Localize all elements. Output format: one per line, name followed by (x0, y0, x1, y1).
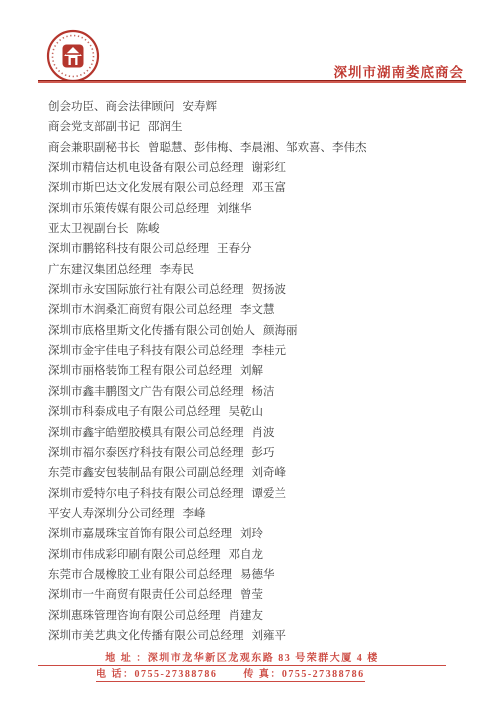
member-position: 深圳市爱特尔电子科技有限公司总经理 (48, 488, 244, 500)
member-name: 谢彩红 (252, 162, 287, 174)
member-name: 肖波 (252, 427, 275, 439)
member-name: 吴乾山 (229, 406, 264, 418)
member-position: 深圳市木润桑汇商贸有限公司总经理 (48, 304, 232, 316)
member-line: 深圳市精信达机电设备有限公司总经理谢彩红 (48, 158, 470, 178)
member-position: 深圳市鹏铭科技有限公司总经理 (48, 243, 209, 255)
member-position: 深圳市美艺典文化传播有限公司总经理 (48, 630, 244, 642)
member-position: 深圳市精信达机电设备有限公司总经理 (48, 162, 244, 174)
member-line: 东莞市鑫安包装制品有限公司副总经理刘奇峰 (48, 463, 470, 483)
member-name: 李峰 (183, 508, 206, 520)
header-divider (38, 80, 466, 83)
member-position: 深圳市鑫丰鹏图文广告有限公司总经理 (48, 386, 244, 398)
member-name: 肖建友 (229, 610, 264, 622)
member-list: 创会功臣、商会法律顾问安寿辉 商会党支部副书记邵润生 商会兼职副秘书长曾聪慧、彭… (48, 97, 470, 646)
fax-group: 传 真：0755-27388786 (243, 669, 364, 680)
member-position: 深圳市嘉晟珠宝首饰有限公司总经理 (48, 528, 232, 540)
member-name: 易德华 (240, 569, 275, 581)
fax-value: 0755-27388786 (282, 669, 365, 680)
member-position: 深圳市斯巴达文化发展有限公司总经理 (48, 182, 244, 194)
member-line: 商会兼职副秘书长曾聪慧、彭伟梅、李晨湘、邹欢喜、李伟杰 (48, 138, 470, 158)
member-line: 深圳市科泰成电子有限公司总经理吴乾山 (48, 402, 470, 422)
member-line: 深圳市伟成彩印刷有限公司总经理邓自龙 (48, 545, 470, 565)
member-position: 深圳市永安国际旅行社有限公司总经理 (48, 284, 244, 296)
member-position: 商会党支部副书记 (48, 121, 140, 133)
member-position: 深圳市鑫宇皓塑胶模具有限公司总经理 (48, 427, 244, 439)
member-name: 曾莹 (240, 589, 263, 601)
member-line: 深圳市福尔泰医疗科技有限公司总经理彭巧 (48, 443, 470, 463)
member-line: 东莞市合晟橡胶工业有限公司总经理易德华 (48, 565, 470, 585)
member-name: 安寿辉 (183, 101, 218, 113)
member-line: 深圳惠珠管理咨询有限公司总经理肖建友 (48, 606, 470, 626)
member-position: 深圳市金宇佳电子科技有限公司总经理 (48, 345, 244, 357)
member-position: 广东建汉集团总经理 (48, 264, 152, 276)
member-name: 邵润生 (148, 121, 183, 133)
member-line: 深圳市斯巴达文化发展有限公司总经理邓玉富 (48, 178, 470, 198)
member-position: 深圳市福尔泰医疗科技有限公司总经理 (48, 447, 244, 459)
member-line: 平安人寿深圳分公司经理李峰 (48, 504, 470, 524)
member-line: 深圳市鹏铭科技有限公司总经理王春分 (48, 239, 470, 259)
member-name: 曾聪慧、彭伟梅、李晨湘、邹欢喜、李伟杰 (148, 142, 367, 154)
member-name: 李桂元 (252, 345, 287, 357)
org-name: 深圳市湖南娄底商会 (334, 61, 465, 81)
phone-label: 电 话： (96, 669, 135, 680)
fax-label: 传 真： (243, 669, 282, 680)
member-name: 颜海丽 (263, 325, 298, 337)
member-line: 创会功臣、商会法律顾问安寿辉 (48, 97, 470, 117)
member-line: 深圳市鑫丰鹏图文广告有限公司总经理杨洁 (48, 382, 470, 402)
member-position: 东莞市鑫安包装制品有限公司副总经理 (48, 467, 244, 479)
phone-value: 0755-27388786 (135, 669, 218, 680)
member-position: 深圳市丽格装饰工程有限公司总经理 (48, 365, 232, 377)
member-name: 陈峻 (137, 223, 160, 235)
member-line: 深圳市底格里斯文化传播有限公司创始人颜海丽 (48, 321, 470, 341)
member-name: 邓玉富 (252, 182, 287, 194)
member-line: 深圳市永安国际旅行社有限公司总经理贺扬波 (48, 280, 470, 300)
member-name: 李寿民 (160, 264, 195, 276)
chamber-seal-logo (46, 29, 100, 83)
footer-address-line: 地 址 ：深圳市龙华新区龙观东路 83 号荣群大厦 4 楼 (38, 649, 446, 666)
member-name: 王春分 (217, 243, 252, 255)
member-name: 刘继华 (217, 203, 252, 215)
member-line: 深圳市美艺典文化传播有限公司总经理刘雍平 (48, 626, 470, 646)
member-position: 深圳市科泰成电子有限公司总经理 (48, 406, 221, 418)
address-value: 深圳市龙华新区龙观东路 83 号荣群大厦 4 楼 (148, 653, 379, 664)
member-line: 深圳市鑫宇皓塑胶模具有限公司总经理肖波 (48, 423, 470, 443)
member-position: 深圳市伟成彩印刷有限公司总经理 (48, 549, 221, 561)
member-line: 广东建汉集团总经理李寿民 (48, 260, 470, 280)
member-line: 深圳市乐策传媒有限公司总经理刘继华 (48, 199, 470, 219)
member-position: 东莞市合晟橡胶工业有限公司总经理 (48, 569, 232, 581)
member-line: 深圳市一牛商贸有限责任公司总经理曾莹 (48, 585, 470, 605)
address-label: 地 址 ： (105, 653, 148, 664)
member-name: 刘奇峰 (252, 467, 287, 479)
member-name: 杨洁 (252, 386, 275, 398)
member-position: 商会兼职副秘书长 (48, 142, 140, 154)
member-line: 深圳市丽格装饰工程有限公司总经理刘解 (48, 361, 470, 381)
member-name: 刘玲 (240, 528, 263, 540)
member-name: 邓自龙 (229, 549, 264, 561)
phone-group: 电 话：0755-27388786 (96, 669, 217, 680)
seal-emblem-icon (46, 29, 100, 83)
letterhead-page: 深圳市湖南娄底商会 创会功臣、商会法律顾问安寿辉 商会党支部副书记邵润生 商会兼… (0, 0, 500, 706)
member-line: 深圳市金宇佳电子科技有限公司总经理李桂元 (48, 341, 470, 361)
member-name: 贺扬波 (252, 284, 287, 296)
member-position: 平安人寿深圳分公司经理 (48, 508, 175, 520)
member-name: 彭巧 (252, 447, 275, 459)
member-line: 商会党支部副书记邵润生 (48, 117, 470, 137)
member-line: 深圳市木润桑汇商贸有限公司总经理李文慧 (48, 300, 470, 320)
member-line: 亚太卫视副台长陈峻 (48, 219, 470, 239)
member-position: 创会功臣、商会法律顾问 (48, 101, 175, 113)
member-line: 深圳市嘉晟珠宝首饰有限公司总经理刘玲 (48, 524, 470, 544)
member-name: 刘解 (240, 365, 263, 377)
member-position: 亚太卫视副台长 (48, 223, 129, 235)
member-position: 深圳市乐策传媒有限公司总经理 (48, 203, 209, 215)
footer-contact-line: 电 话：0755-27388786传 真：0755-27388786 (96, 665, 365, 682)
member-position: 深圳市一牛商贸有限责任公司总经理 (48, 589, 232, 601)
member-name: 刘雍平 (252, 630, 287, 642)
member-position: 深圳市底格里斯文化传播有限公司创始人 (48, 325, 255, 337)
member-name: 李文慧 (240, 304, 275, 316)
member-line: 深圳市爱特尔电子科技有限公司总经理谭爱兰 (48, 484, 470, 504)
member-name: 谭爱兰 (252, 488, 287, 500)
member-position: 深圳惠珠管理咨询有限公司总经理 (48, 610, 221, 622)
